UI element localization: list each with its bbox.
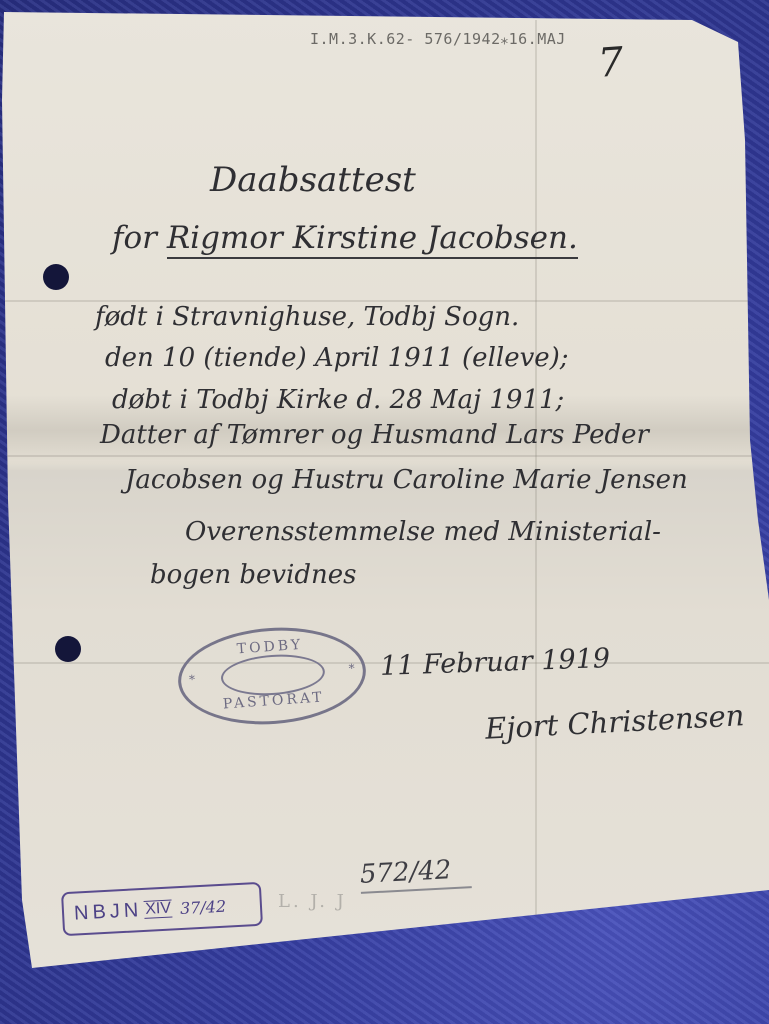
issue-date: 11 Februar 1919 xyxy=(380,643,611,682)
seal-star-icon: * xyxy=(189,672,196,686)
punch-hole xyxy=(43,264,69,290)
fold-line xyxy=(0,455,769,457)
archive-stamp: NBJN XIV 37/42 xyxy=(61,882,263,936)
subject-line: for Rigmor Kirstine Jacobsen. xyxy=(112,220,578,256)
certificate-title: Daabsattest xyxy=(210,160,416,200)
body-line: den 10 (tiende) April 1911 (elleve); xyxy=(105,343,569,373)
seal-star-icon: * xyxy=(348,661,355,675)
reference-number: 572/42 xyxy=(359,854,472,894)
archive-fraction: 37/42 xyxy=(180,896,227,917)
body-line: Jacobsen og Hustru Caroline Marie Jensen xyxy=(125,465,688,495)
body-line: Datter af Tømrer og Husmand Lars Peder xyxy=(100,420,649,450)
body-line: bogen bevidnes xyxy=(150,560,357,590)
body-line: Overensstemmelse med Ministerial- xyxy=(185,517,661,547)
parish-seal: TODBY * * PASTORAT xyxy=(175,622,369,731)
body-line: født i Stravnighuse, Todbj Sogn. xyxy=(95,302,519,332)
certificate-paper: I.M.3.K.62- 576/1942⁎16.MAJ 7 Daabsattes… xyxy=(0,0,769,1024)
for-prefix: for xyxy=(112,220,157,256)
priest-signature: Ejort Christensen xyxy=(484,698,745,746)
archive-volume: XIV xyxy=(144,899,173,918)
punch-hole xyxy=(55,636,81,662)
page-number: 7 xyxy=(596,39,625,87)
body-line: døbt i Todbj Kirke d. 28 Maj 1911; xyxy=(112,385,564,415)
subject-name: Rigmor Kirstine Jacobsen. xyxy=(167,220,578,259)
faint-stamp: L. J. J xyxy=(278,891,347,912)
archive-top-stamp: I.M.3.K.62- 576/1942⁎16.MAJ xyxy=(310,30,566,48)
archive-code: NBJN xyxy=(74,899,143,926)
